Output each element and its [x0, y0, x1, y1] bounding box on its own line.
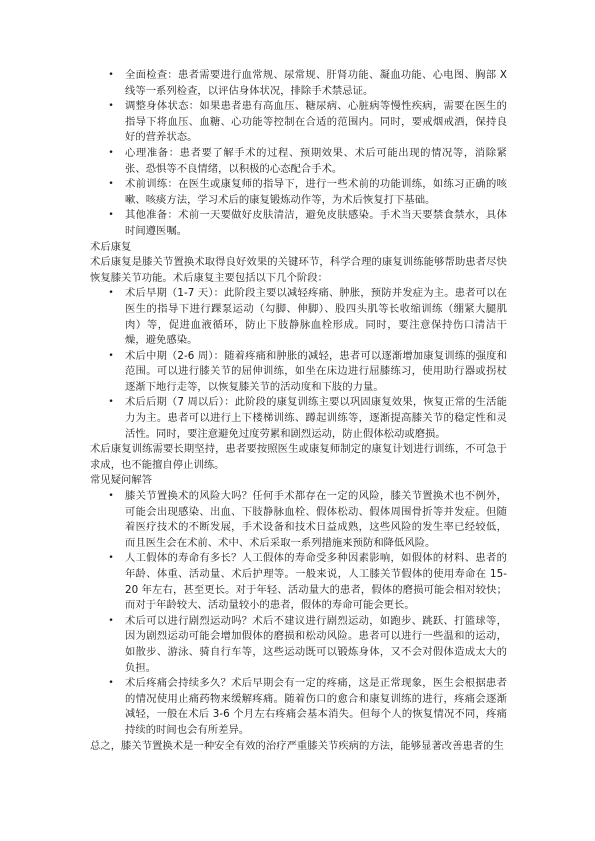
bullet-icon: • [108, 286, 114, 302]
list-item: •术后中期（2-6 周）：随着疼痛和肿胀的减轻，患者可以逐渐增加康复训练的强度和… [90, 349, 507, 396]
list-item-text: 术前训练：在医生或康复师的指导下，进行一些术前的功能训练，如练习正确的咳嗽、咳痰… [125, 178, 507, 206]
bullet-icon: • [108, 146, 114, 162]
list-item: •术后疼痛会持续多久？术后早期会有一定的疼痛，这是正常现象，医生会根据患者的情况… [90, 676, 507, 738]
list-item: •人工假体的寿命有多长？人工假体的寿命受多种因素影响，如假体的材料、患者的年龄、… [90, 551, 507, 613]
list-item-text: 全面检查：患者需要进行血常规、尿常规、肝肾功能、凝血功能、心电图、胸部 X 线等… [125, 69, 507, 97]
list-item: •膝关节置换术的风险大吗？任何手术都存在一定的风险，膝关节置换术也不例外，可能会… [90, 489, 507, 551]
document-page: •全面检查：患者需要进行血常规、尿常规、肝肾功能、凝血功能、心电图、胸部 X 线… [90, 68, 507, 754]
list-item: •其他准备：术前一天要做好皮肤清洁，避免皮肤感染。手术当天要禁食禁水，具体时间遵… [90, 208, 507, 239]
list-item-text: 术后可以进行剧烈运动吗？术后不建议进行剧烈运动，如跑步、跳跃、打篮球等，因为剧烈… [125, 615, 507, 674]
bullet-icon: • [108, 208, 114, 224]
section-heading-faq: 常见疑问解答 [90, 473, 507, 489]
bullet-icon: • [108, 551, 114, 567]
section-heading-rehab: 术后康复 [90, 240, 507, 256]
rehab-intro-paragraph: 术后康复是膝关节置换术取得良好效果的关键环节，科学合理的康复训练能够帮助患者尽快… [90, 255, 507, 286]
list-item: •全面检查：患者需要进行血常规、尿常规、肝肾功能、凝血功能、心电图、胸部 X 线… [90, 68, 507, 99]
list-item-text: 术后疼痛会持续多久？术后早期会有一定的疼痛，这是正常现象，医生会根据患者的情况使… [125, 677, 507, 736]
list-item-text: 心理准备：患者要了解手术的过程、预期效果、术后可能出现的情况等，消除紧张、恐惧等… [125, 147, 507, 175]
list-item: •调整身体状态：如果患者患有高血压、糖尿病、心脏病等慢性疾病，需要在医生的指导下… [90, 99, 507, 146]
bullet-icon: • [108, 99, 114, 115]
bullet-icon: • [108, 177, 114, 193]
bullet-icon: • [108, 489, 114, 505]
list-item-text: 术后早期（1-7 天）：此阶段主要以减轻疼痛、肿胀，预防并发症为主。患者可以在医… [125, 287, 507, 346]
bullet-icon: • [108, 68, 114, 84]
list-item: •术前训练：在医生或康复师的指导下，进行一些术前的功能训练，如练习正确的咳嗽、咳… [90, 177, 507, 208]
list-item: •术后后期（7 周以后）：此阶段的康复训练主要以巩固康复效果，恢复正常的生活能力… [90, 395, 507, 442]
list-item: •心理准备：患者要了解手术的过程、预期效果、术后可能出现的情况等，消除紧张、恐惧… [90, 146, 507, 177]
conclusion-paragraph: 总之，膝关节置换术是一种安全有效的治疗严重膝关节疾病的方法，能够显著改善患者的生 [90, 739, 507, 755]
bullet-icon: • [108, 349, 114, 365]
bullet-icon: • [108, 614, 114, 630]
list-item-text: 其他准备：术前一天要做好皮肤清洁，避免皮肤感染。手术当天要禁食禁水，具体时间遵医… [125, 209, 507, 237]
list-item-text: 人工假体的寿命有多长？人工假体的寿命受多种因素影响，如假体的材料、患者的年龄、体… [125, 552, 507, 611]
bullet-icon: • [108, 676, 114, 692]
list-item: •术后早期（1-7 天）：此阶段主要以减轻疼痛、肿胀，预防并发症为主。患者可以在… [90, 286, 507, 348]
faq-list: •膝关节置换术的风险大吗？任何手术都存在一定的风险，膝关节置换术也不例外，可能会… [90, 489, 507, 739]
list-item-text: 膝关节置换术的风险大吗？任何手术都存在一定的风险，膝关节置换术也不例外，可能会出… [125, 490, 507, 549]
list-item-text: 术后后期（7 周以后）：此阶段的康复训练主要以巩固康复效果，恢复正常的生活能力为… [125, 396, 507, 439]
bullet-icon: • [108, 395, 114, 411]
list-item: •术后可以进行剧烈运动吗？术后不建议进行剧烈运动，如跑步、跳跃、打篮球等，因为剧… [90, 614, 507, 676]
list-item-text: 调整身体状态：如果患者患有高血压、糖尿病、心脏病等慢性疾病，需要在医生的指导下将… [125, 100, 507, 143]
preop-preparation-list: •全面检查：患者需要进行血常规、尿常规、肝肾功能、凝血功能、心电图、胸部 X 线… [90, 68, 507, 240]
list-item-text: 术后中期（2-6 周）：随着疼痛和肿胀的减轻，患者可以逐渐增加康复训练的强度和范… [125, 350, 507, 393]
rehab-note-paragraph: 术后康复训练需要长期坚持，患者要按照医生或康复师制定的康复计划进行训练，不可急于… [90, 442, 507, 473]
rehab-stages-list: •术后早期（1-7 天）：此阶段主要以减轻疼痛、肿胀，预防并发症为主。患者可以在… [90, 286, 507, 442]
